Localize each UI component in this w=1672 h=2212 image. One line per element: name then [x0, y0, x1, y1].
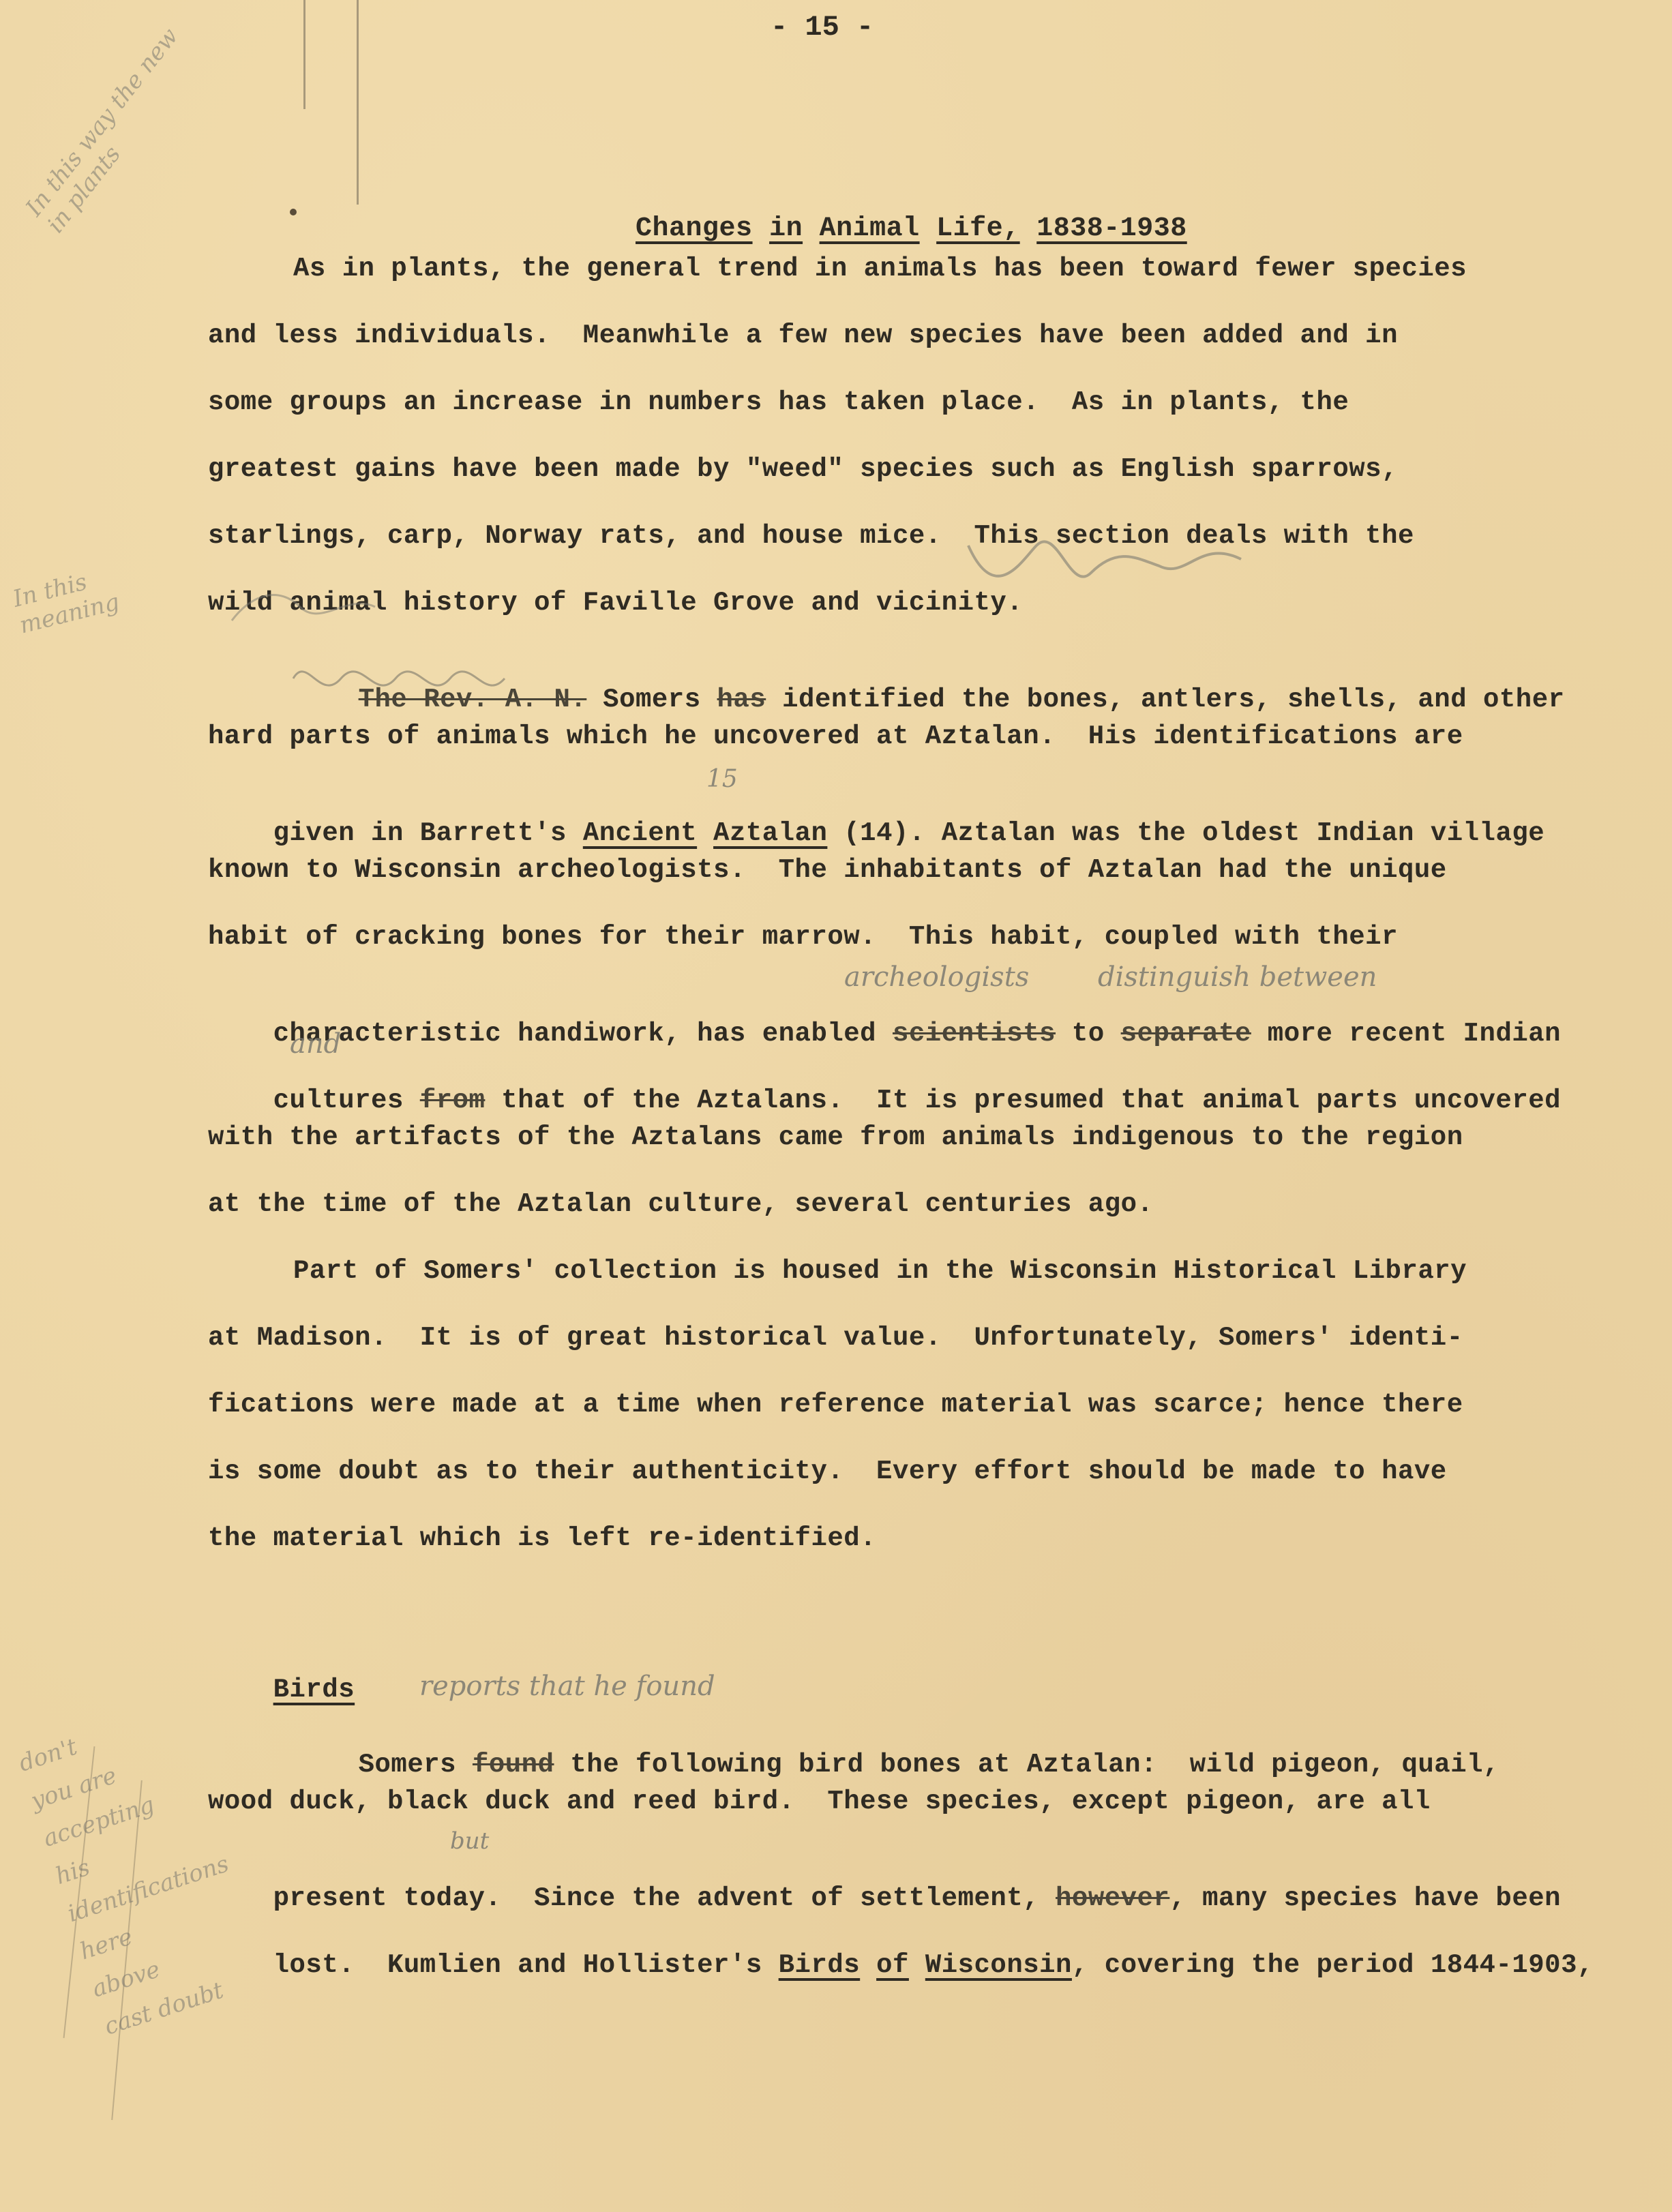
title-word: in	[769, 213, 803, 244]
paragraph-line: at Madison. It is of great historical va…	[208, 1323, 1463, 1353]
text-span: the following bird bones at Aztalan: wil…	[554, 1750, 1499, 1780]
struck-text: found	[473, 1750, 554, 1780]
book-title: Wisconsin	[925, 1950, 1072, 1980]
text-span: identified the bones, antlers, shells, a…	[766, 685, 1564, 715]
pencil-squiggle-mark	[225, 580, 511, 641]
page-number: - 15 -	[771, 11, 874, 44]
text-span: , many species have been	[1169, 1883, 1561, 1913]
struck-text: separate	[1121, 1019, 1251, 1049]
paragraph-line: at the time of the Aztalan culture, seve…	[208, 1189, 1153, 1219]
text-span: more recent Indian	[1251, 1019, 1561, 1049]
text-span: Somers	[586, 685, 717, 715]
paragraph-line: greatest gains have been made by "weed" …	[208, 454, 1398, 484]
text-span: cultures	[273, 1086, 420, 1116]
struck-text: scientists	[893, 1019, 1056, 1049]
text-span: Somers	[359, 1750, 473, 1780]
handwritten-insertion: reports that he found	[419, 1671, 715, 1702]
paragraph-line: is some doubt as to their authenticity. …	[208, 1456, 1447, 1486]
text-span: that of the Aztalans. It is presumed tha…	[485, 1086, 1561, 1116]
struck-text: from	[420, 1086, 486, 1116]
heading-text: Birds	[273, 1675, 355, 1705]
handwritten-ref-correction: 15	[706, 765, 738, 793]
reference-number: (14).	[827, 818, 925, 848]
book-title: of	[876, 1950, 909, 1980]
document-page: - 15 - Changes in Animal Life, 1838-1938…	[0, 0, 1672, 2212]
text-span: to	[1056, 1019, 1121, 1049]
paragraph-line: wood duck, black duck and reed bird. The…	[208, 1787, 1431, 1817]
paragraph-line: fications were made at a time when refer…	[208, 1390, 1463, 1420]
book-title: Birds	[779, 1950, 861, 1980]
paragraph-line: the material which is left re-identified…	[208, 1523, 876, 1553]
text-span: characteristic handiwork, has enabled	[273, 1019, 893, 1049]
margin-note-top: In this way the new in plants	[20, 23, 205, 238]
text-span: given in Barrett's	[273, 818, 583, 848]
paragraph-line: habit of cracking bones for their marrow…	[208, 922, 1398, 952]
paragraph-line: Part of Somers' collection is housed in …	[293, 1256, 1467, 1286]
margin-pencil-line	[303, 0, 305, 109]
paragraph-line: with the artifacts of the Aztalans came …	[208, 1122, 1463, 1152]
pencil-squiggle-mark	[955, 518, 1487, 600]
book-title: Ancient	[583, 818, 697, 848]
paragraph-line: As in plants, the general trend in anima…	[293, 254, 1467, 284]
pencil-deletion-loops	[286, 651, 532, 706]
text-span: lost. Kumlien and Hollister's	[273, 1950, 779, 1980]
title-word: Life,	[936, 213, 1020, 244]
margin-note-mid: In this meaning	[10, 562, 122, 640]
text-span: present today. Since the advent of settl…	[273, 1883, 1056, 1913]
paragraph-line: and less individuals. Meanwhile a few ne…	[208, 320, 1398, 350]
paragraph-line: known to Wisconsin archeologists. The in…	[208, 855, 1447, 885]
text-span: Aztalan was the oldest Indian village	[925, 818, 1544, 848]
text-span: , covering the period 1844-1903,	[1072, 1950, 1594, 1980]
title-word: Changes	[636, 213, 753, 244]
struck-text: has	[717, 685, 766, 715]
title-word: Animal	[820, 213, 920, 244]
paper-speck	[290, 209, 297, 215]
handwritten-insertion: but	[450, 1827, 489, 1855]
paragraph-line: lost. Kumlien and Hollister's Birds of W…	[208, 1920, 1594, 2010]
struck-text: however	[1056, 1883, 1169, 1913]
margin-pencil-line	[357, 0, 359, 205]
paragraph-line: some groups an increase in numbers has t…	[208, 387, 1349, 417]
title-word: 1838-1938	[1036, 213, 1187, 244]
paragraph-line: hard parts of animals which he uncovered…	[208, 721, 1463, 751]
book-title: Aztalan	[713, 818, 827, 848]
